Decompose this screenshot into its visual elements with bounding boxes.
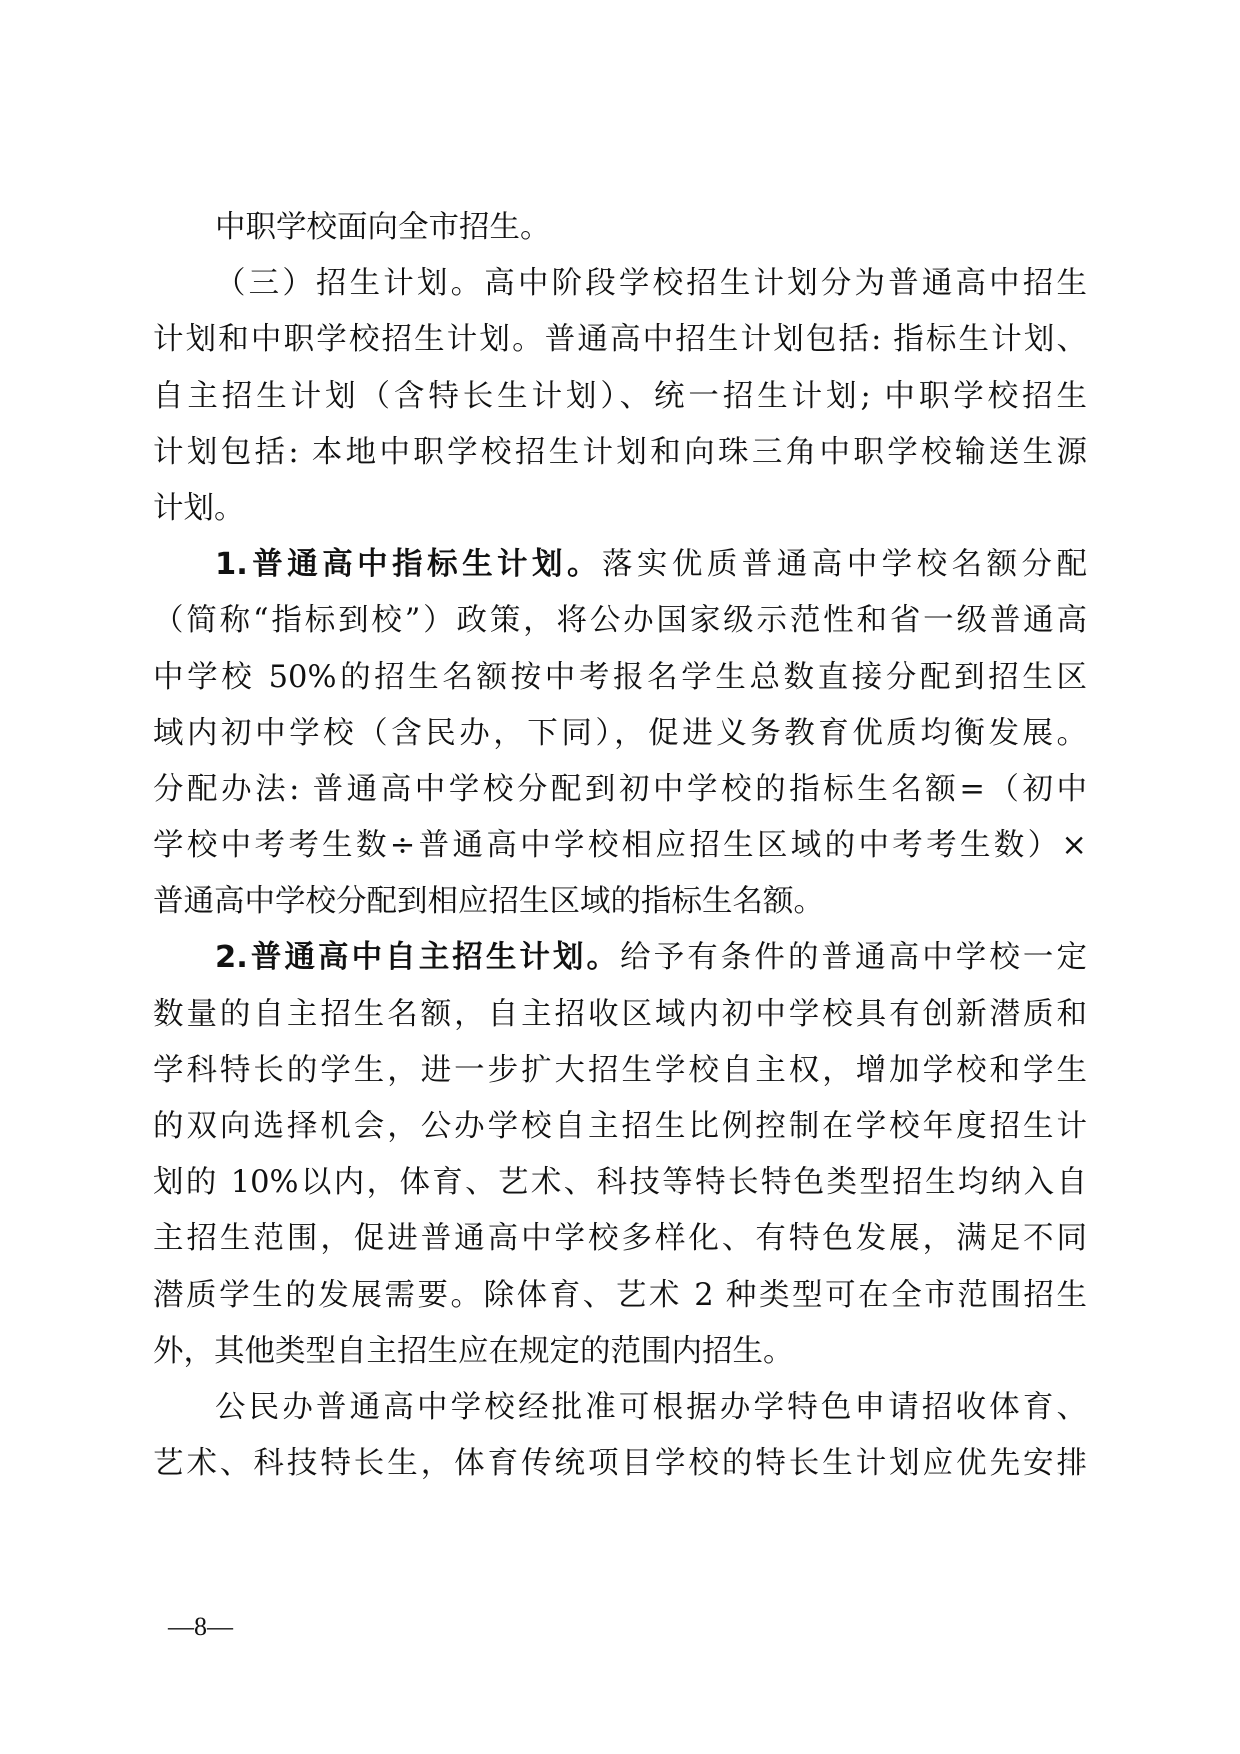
paragraph-line: 主招生范围，促进普通高中学校多样化、有特色发展，满足不同 [153,1211,1087,1267]
paragraph-line: 中职学校面向全市招生。 [153,200,1087,256]
paragraph-line: 公民办普通高中学校经批准可根据办学特色申请招收体育、 [153,1380,1087,1436]
page-number: —8— [168,1612,233,1642]
paragraph-line: 外，其他类型自主招生应在规定的范围内招生。 [153,1324,1087,1380]
paragraph-line: 潜质学生的发展需要。除体育、艺术 2 种类型可在全市范围招生 [153,1268,1087,1324]
section-1-heading: 1.普通高中指标生计划。 [215,547,602,582]
section-2-heading: 2.普通高中自主招生计划。 [215,940,620,975]
paragraph-line: 学科特长的学生，进一步扩大招生学校自主权，增加学校和学生 [153,1043,1087,1099]
paragraph-line: 计划和中职学校招生计划。普通高中招生计划包括: 指标生计划、 [153,312,1087,368]
paragraph-line: 域内初中学校（含民办，下同），促进义务教育优质均衡发展。 [153,706,1087,762]
section-2-text: 给予有条件的普通高中学校一定 [620,940,1087,975]
paragraph-line: 普通高中学校分配到相应招生区域的指标生名额。 [153,874,1087,930]
paragraph-line: （简称“指标到校”）政策，将公办国家级示范性和省一级普通高 [153,593,1087,649]
paragraph-line: 划的 10%以内，体育、艺术、科技等特长特色类型招生均纳入自 [153,1155,1087,1211]
paragraph-line: 的双向选择机会，公办学校自主招生比例控制在学校年度招生计 [153,1099,1087,1155]
paragraph-line: 计划。 [153,481,1087,537]
section-1-text: 落实优质普通高中学校名额分配 [602,547,1087,582]
paragraph-line: 自主招生计划（含特长生计划）、统一招生计划; 中职学校招生 [153,369,1087,425]
paragraph-line: 数量的自主招生名额，自主招收区域内初中学校具有创新潜质和 [153,987,1087,1043]
paragraph-line: 中学校 50%的招生名额按中考报名学生总数直接分配到招生区 [153,650,1087,706]
paragraph-line: 计划包括: 本地中职学校招生计划和向珠三角中职学校输送生源 [153,425,1087,481]
paragraph-line: 学校中考考生数÷普通高中学校相应招生区域的中考考生数）× [153,818,1087,874]
paragraph-line: 艺术、科技特长生，体育传统项目学校的特长生计划应优先安排 [153,1436,1087,1492]
paragraph-line: （三）招生计划。高中阶段学校招生计划分为普通高中招生 [153,256,1087,312]
section-2-first-line: 2.普通高中自主招生计划。给予有条件的普通高中学校一定 [153,930,1087,986]
paragraph-line: 分配办法: 普通高中学校分配到初中学校的指标生名额=（初中 [153,762,1087,818]
document-page: 中职学校面向全市招生。 （三）招生计划。高中阶段学校招生计划分为普通高中招生 计… [153,200,1087,1492]
section-1-first-line: 1.普通高中指标生计划。落实优质普通高中学校名额分配 [153,537,1087,593]
